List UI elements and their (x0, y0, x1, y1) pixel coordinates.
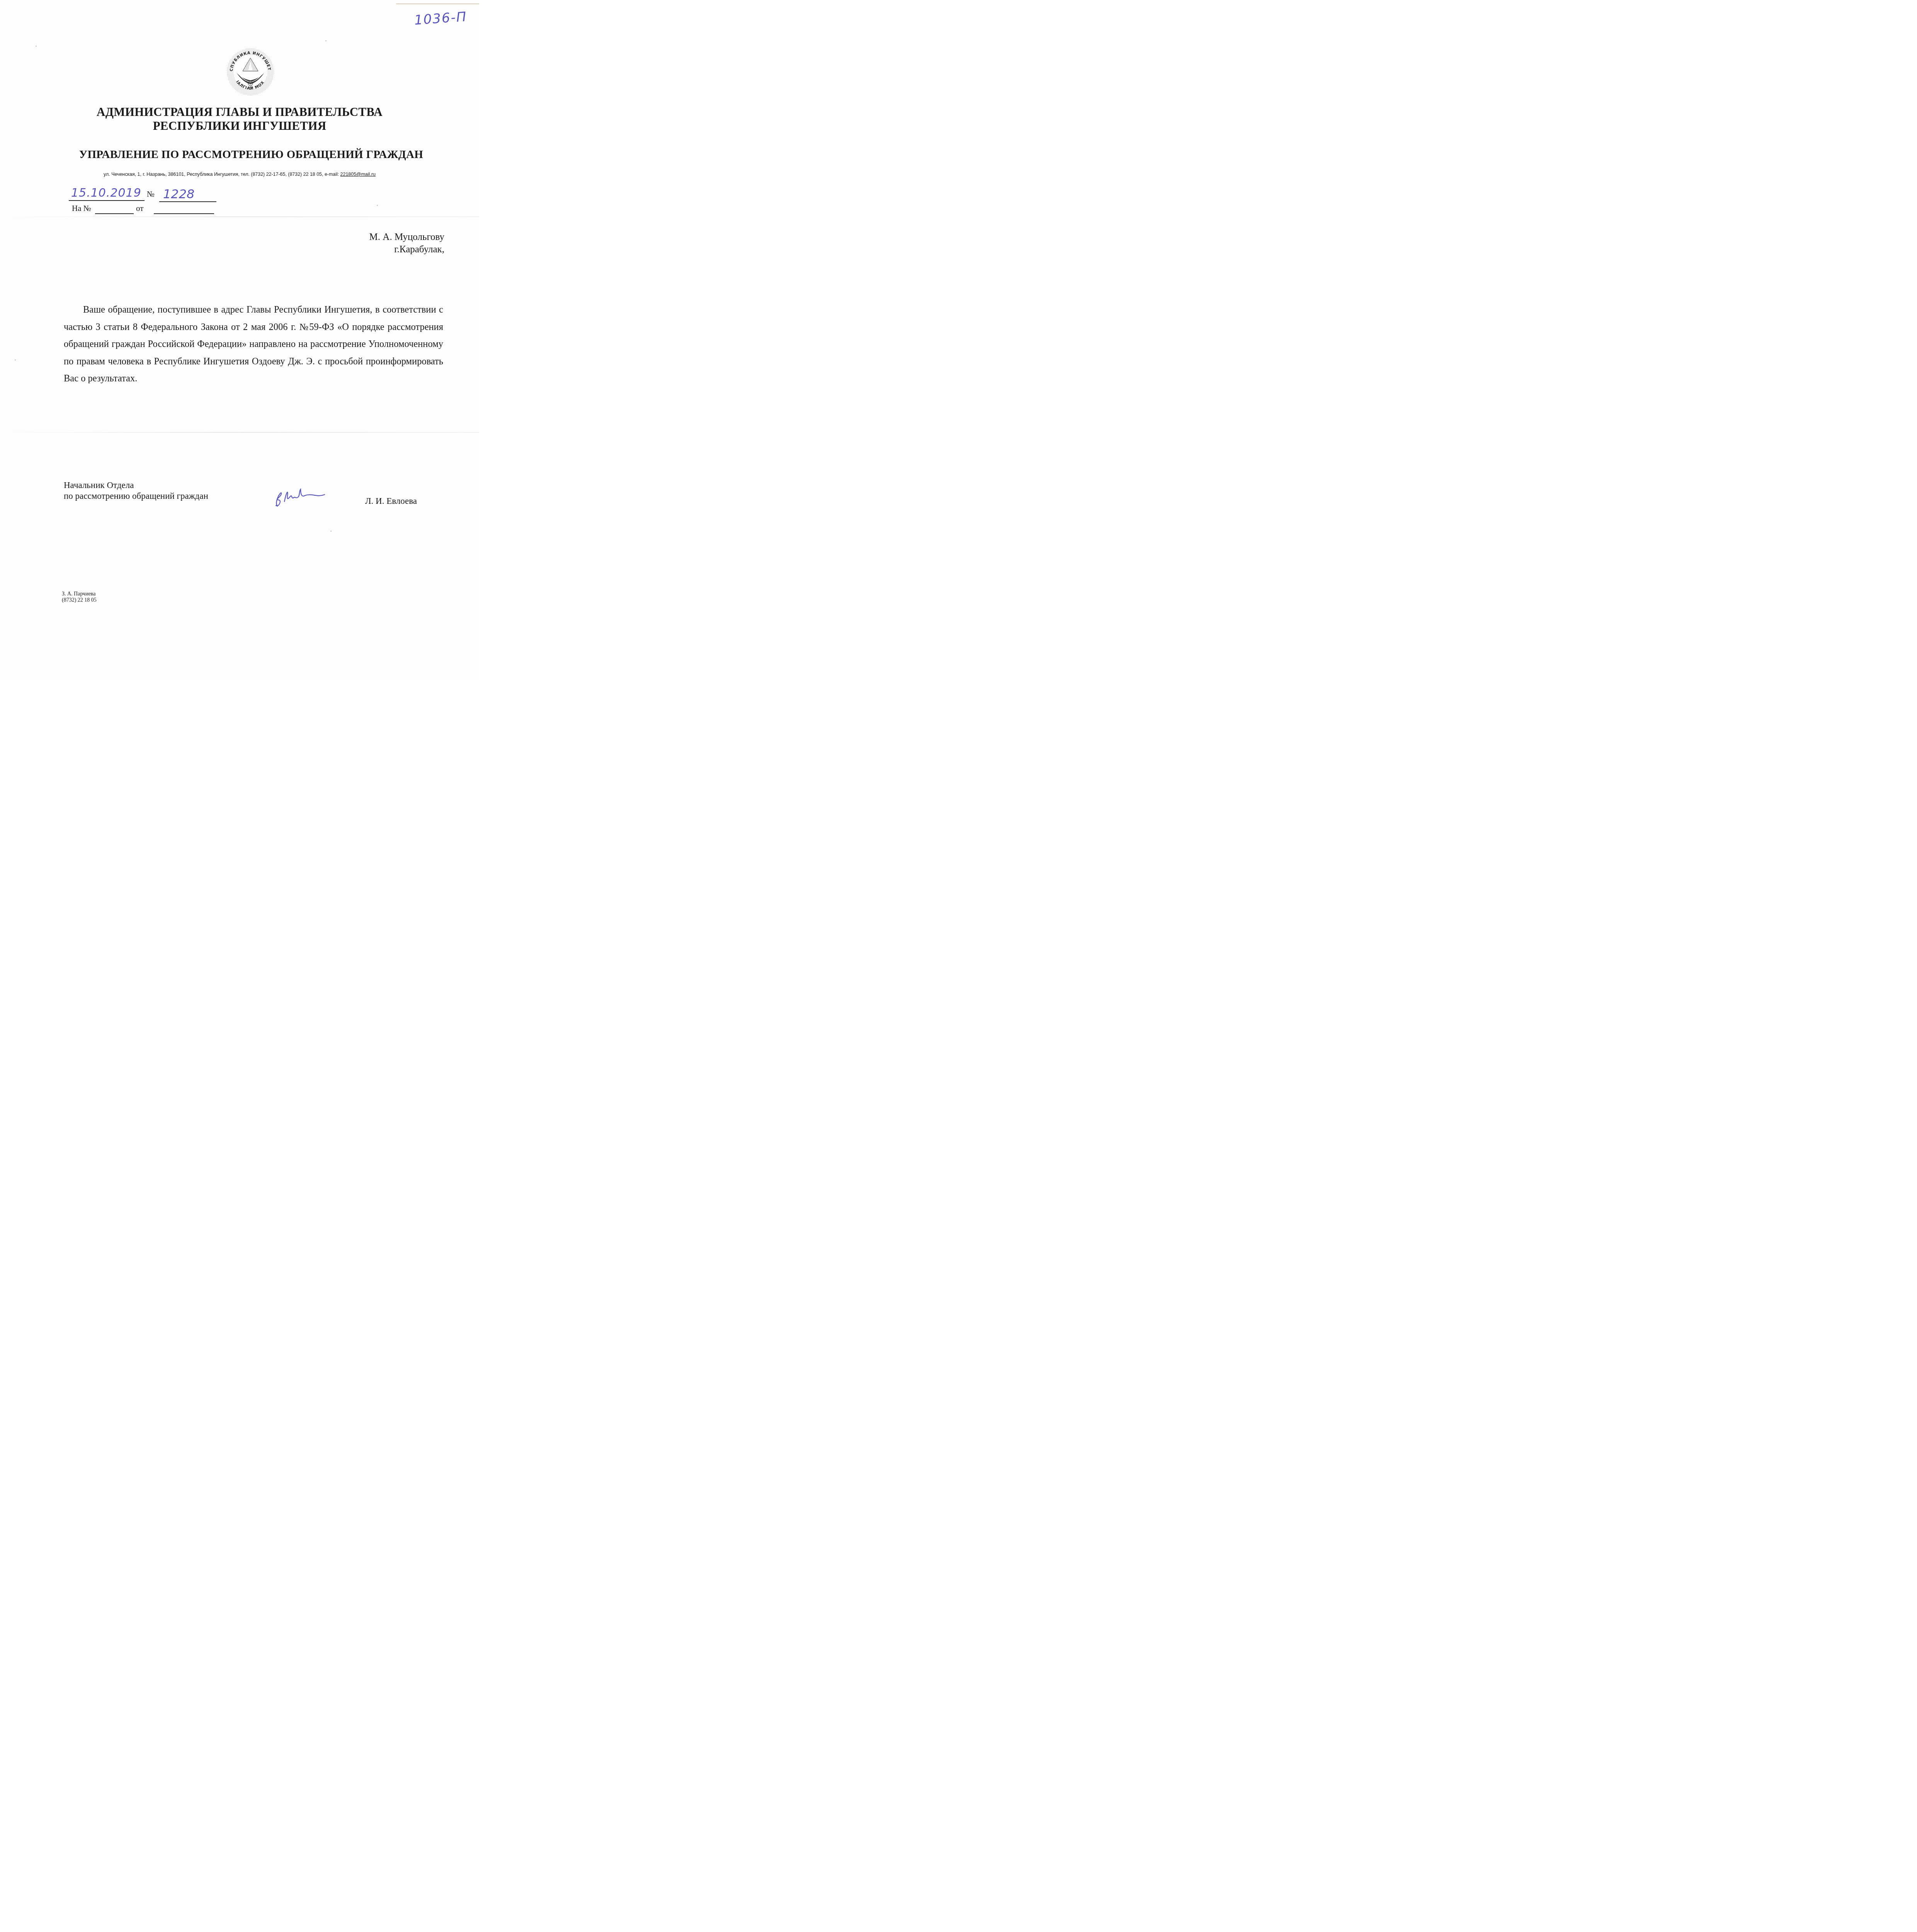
signatory-name: Л. И. Евлоева (365, 496, 417, 506)
coat-of-arms-emblem-icon: РЕСПУБЛИКА ИНГУШЕТИЯ ГIАЛГIАЙ МОХК (226, 47, 275, 97)
department-title: УПРАВЛЕНИЕ ПО РАССМОТРЕНИЮ ОБРАЩЕНИЙ ГРА… (23, 148, 479, 161)
number-label: № (147, 189, 155, 199)
outgoing-number-field: 1228 (159, 187, 216, 202)
scan-speck (15, 359, 16, 361)
organization-title: АДМИНИСТРАЦИЯ ГЛАВЫ И ПРАВИТЕЛЬСТВА РЕСП… (0, 105, 479, 133)
addressee-city: г.Карабулак, (369, 243, 444, 256)
organization-title-line2: РЕСПУБЛИКИ ИНГУШЕТИЯ (0, 119, 479, 133)
reply-to-label: На № (72, 204, 91, 213)
letter-body: Ваше обращение, поступившее в адрес Глав… (64, 301, 443, 388)
scan-speck (325, 40, 327, 41)
addressee-block: М. А. Муцольгову г.Карабулак, (369, 231, 444, 256)
scan-speck (377, 205, 378, 206)
signatory-title-line2: по рассмотрению обращений граждан (64, 491, 208, 502)
registration-mark: 1036-П (414, 9, 468, 28)
paper-fold (0, 432, 479, 433)
addressee-name: М. А. Муцольгову (369, 231, 444, 243)
organization-title-line1: АДМИНИСТРАЦИЯ ГЛАВЫ И ПРАВИТЕЛЬСТВА (0, 105, 479, 119)
executor-name: З. А. Парчиева (62, 591, 97, 597)
address-text: ул. Чеченская, 1, г. Назрань, 386101, Ре… (104, 171, 340, 177)
email-link[interactable]: 221805@mail.ru (340, 171, 376, 177)
paper-edge (396, 3, 479, 4)
letter-page: 1036-П РЕСПУБЛИКА ИНГУШЕТИЯ ГIАЛГIАЙ МОХ… (0, 0, 479, 678)
signatory-title-line1: Начальник Отдела (64, 480, 208, 491)
scan-speck (330, 531, 332, 532)
outgoing-number: 1228 (163, 187, 194, 201)
reply-from-label: от (136, 204, 143, 213)
paper-fold (0, 216, 479, 217)
contact-address: ул. Чеченская, 1, г. Назрань, 386101, Ре… (19, 171, 460, 177)
reply-to-number-field (95, 206, 134, 214)
outgoing-date: 15.10.2019 (71, 186, 141, 200)
outgoing-date-field: 15.10.2019 (69, 186, 145, 201)
reply-from-date-field (154, 206, 214, 214)
executor-phone: (8732) 22 18 05 (62, 597, 97, 604)
executor-block: З. А. Парчиева (8732) 22 18 05 (62, 591, 97, 604)
handwritten-signature-icon (270, 486, 340, 509)
signatory-title: Начальник Отдела по рассмотрению обращен… (64, 480, 208, 502)
scan-speck (36, 46, 37, 47)
